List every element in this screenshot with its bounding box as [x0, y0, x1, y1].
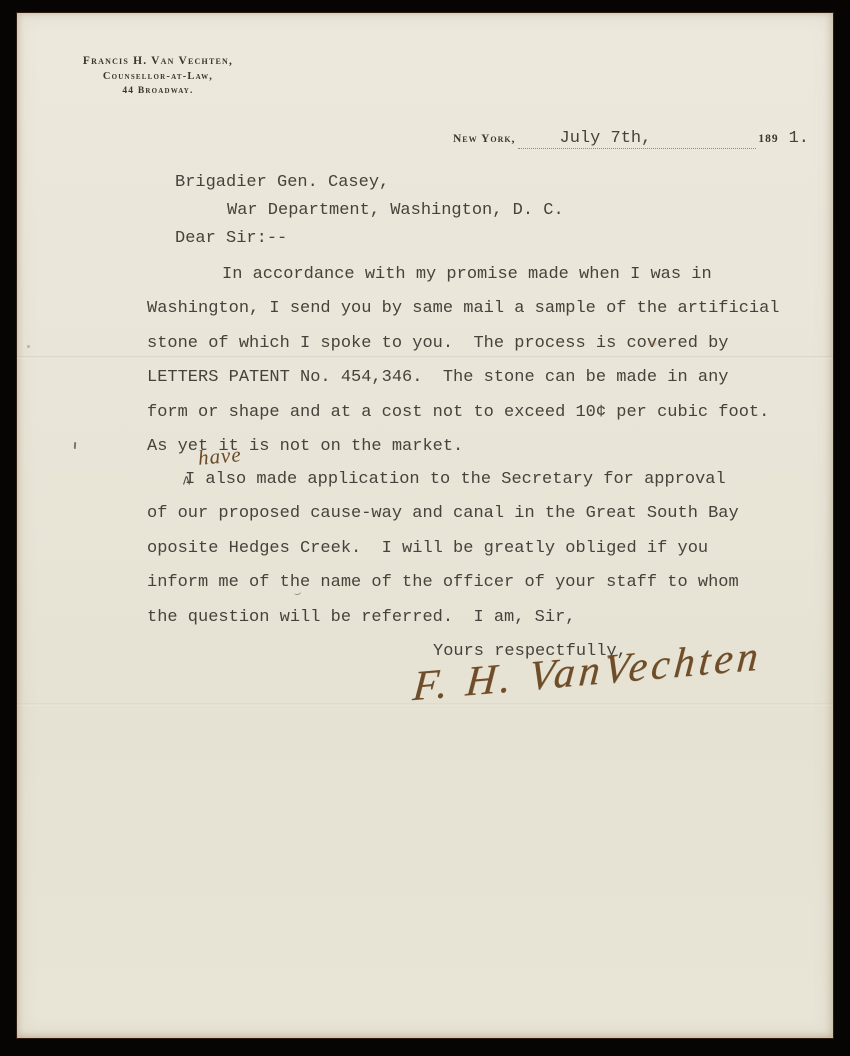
body-line: stone of which I spoke to you. The proce…: [147, 327, 819, 361]
body-line: inform me of the name of the officer of …: [147, 566, 819, 600]
dateline-dotted-leader: July 7th,: [518, 129, 757, 149]
letter-page: Francis H. Van Vechten, Counsellor-at-La…: [17, 13, 833, 1038]
body-line: the question will be referred. I am, Sir…: [147, 601, 819, 635]
paper-speck: [27, 345, 30, 348]
body-line: As yet it is not on the market.: [147, 430, 819, 464]
body-line: form or shape and at a cost not to excee…: [147, 396, 819, 430]
insertion-caret-mark: ^: [182, 474, 191, 494]
body-line: I also made application to the Secretary…: [147, 463, 819, 497]
letterhead-address: 44 Broadway.: [43, 84, 273, 99]
printed-year: 189: [758, 133, 778, 145]
dateline-place: New York,: [453, 133, 516, 145]
stray-ink-mark: [74, 442, 76, 449]
scan-background: Francis H. Van Vechten, Counsellor-at-La…: [0, 0, 850, 1056]
body-line: Washington, I send you by same mail a sa…: [147, 292, 819, 326]
body-line: LETTERS PATENT No. 454,346. The stone ca…: [147, 361, 819, 395]
paper-stain: [647, 340, 659, 347]
recipient-address: War Department, Washington, D. C.: [175, 197, 564, 225]
letterhead-name: Francis H. Van Vechten,: [43, 53, 273, 69]
handwritten-insertion-have: have: [197, 442, 243, 471]
typed-year: 1.: [789, 129, 809, 148]
letterhead: Francis H. Van Vechten, Counsellor-at-La…: [43, 53, 273, 99]
body-line: of our proposed cause-way and canal in t…: [147, 497, 819, 531]
body-line: In accordance with my promise made when …: [147, 258, 819, 292]
body-paragraph-2: I also made application to the Secretary…: [147, 463, 819, 635]
body-paragraph-1: In accordance with my promise made when …: [147, 258, 819, 464]
salutation: Dear Sir:--: [175, 225, 564, 253]
body-line: oposite Hedges Creek. I will be greatly …: [147, 532, 819, 566]
letterhead-title: Counsellor-at-Law,: [43, 69, 273, 84]
recipient-block: Brigadier Gen. Casey, War Department, Wa…: [175, 169, 564, 253]
recipient-name: Brigadier Gen. Casey,: [175, 169, 564, 197]
dateline: New York, July 7th, 189 1.: [453, 129, 809, 149]
typed-date: July 7th,: [518, 129, 652, 148]
